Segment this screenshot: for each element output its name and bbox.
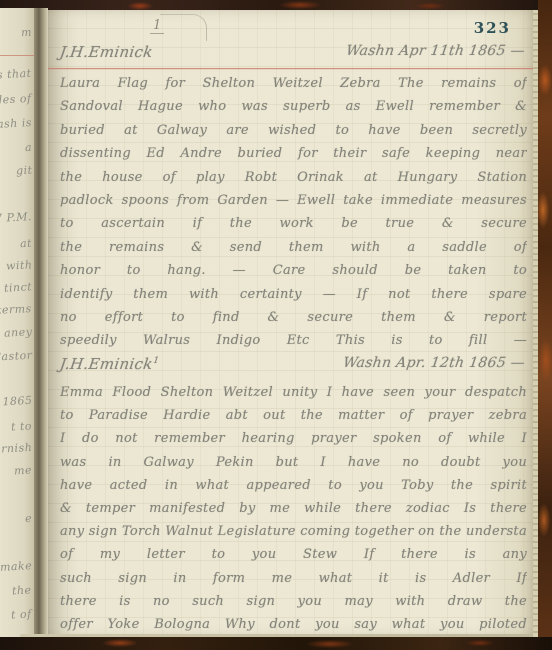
entry-line: honor to hang. — Care should be taken to bbox=[60, 259, 527, 282]
entry-line: to Paradise Hardie abt out the matter of… bbox=[60, 404, 527, 427]
margin-fragment: me bbox=[14, 464, 33, 478]
entry-line: to ascertain if the work be true & secur… bbox=[60, 212, 527, 235]
left-red-rule bbox=[0, 55, 34, 56]
entry-header: J.H.Eminick Washn Apr 11th 1865 — bbox=[60, 43, 525, 61]
margin-fragment: t to bbox=[11, 419, 33, 433]
margin-fragment: th 1865 bbox=[0, 394, 32, 409]
margin-fragment: the bbox=[12, 583, 32, 597]
margin-fragment: furnish bbox=[0, 441, 32, 456]
entry-line: buried at Galway are wished to have been… bbox=[60, 119, 527, 142]
margin-fragment: tinct bbox=[4, 280, 33, 294]
entry-dateline: Washn Apr 11th 1865 — bbox=[345, 43, 526, 61]
entry-line: the house of play Robt Orinak at Hungary… bbox=[60, 166, 527, 189]
margin-fragment: with bbox=[5, 258, 32, 272]
entry-line: I do not remember hearing prayer spoken … bbox=[60, 427, 527, 450]
journal-scan: m tes that odes of ash is a git 7 P.M. a… bbox=[0, 0, 552, 650]
entry-author-signature: J.H.Eminick bbox=[59, 43, 154, 61]
margin-fragment: tes that bbox=[0, 67, 32, 82]
entry-line: the remains & send them with a saddle of bbox=[60, 236, 527, 259]
entry-line: dissenting Ed Andre buried for their saf… bbox=[60, 142, 527, 165]
entry-header: J.H.Eminick1 Washn Apr. 12th 1865 — bbox=[60, 355, 525, 373]
margin-fragment: make bbox=[0, 559, 32, 574]
entry-line: Sandoval Hague who was superb as Ewell r… bbox=[60, 95, 527, 118]
margin-fragment: 7 P.M. bbox=[0, 210, 32, 225]
entry-line: padlock spoons from Garden — Ewell take … bbox=[60, 189, 527, 212]
entry-dateline: Washn Apr. 12th 1865 — bbox=[342, 355, 526, 373]
page-number: 323 bbox=[474, 19, 511, 37]
entry-line: such sign in form me what it is Adler If bbox=[60, 567, 527, 590]
margin-fragment: at bbox=[20, 237, 33, 251]
margin-fragment: git bbox=[15, 164, 32, 178]
entry-line: identify them with certainty — If not th… bbox=[60, 283, 527, 306]
entry-body: Emma Flood Shelton Weitzel unity I have … bbox=[60, 381, 527, 636]
margin-fragment: d Castor bbox=[0, 349, 32, 365]
margin-fragment: odes of bbox=[0, 92, 32, 107]
entry-line: offer Yoke Bologna Why dont you say what… bbox=[60, 613, 527, 636]
margin-fragment: a bbox=[25, 141, 33, 154]
pencil-mark: 1 bbox=[150, 18, 164, 34]
journal-page: 323 1 J.H.Eminick Washn Apr 11th 1865 — … bbox=[48, 10, 533, 637]
entry-line: there is no such sign you may with draw … bbox=[60, 590, 527, 613]
entry-author-name: J.H.Eminick bbox=[59, 355, 154, 373]
margin-fragment: ash is bbox=[0, 116, 32, 131]
margin-fragment: e bbox=[25, 512, 33, 525]
entry-author-signature: J.H.Eminick1 bbox=[59, 355, 160, 373]
entry-line: of my letter to you Stew If there is any bbox=[60, 543, 527, 566]
entry-line: Emma Flood Shelton Weitzel unity I have … bbox=[60, 381, 527, 404]
margin-fragment: m bbox=[21, 26, 33, 40]
entry-line: Laura Flag for Shelton Weitzel Zebra The… bbox=[60, 72, 527, 95]
pencil-curve-mark bbox=[160, 14, 207, 41]
red-rule bbox=[48, 68, 533, 69]
entry-body: Laura Flag for Shelton Weitzel Zebra The… bbox=[60, 72, 527, 353]
entry-line: any sign Torch Walnut Legislature coming… bbox=[60, 520, 527, 543]
margin-fragment: terms bbox=[0, 302, 32, 317]
entry-line: & temper manifested by me while there zo… bbox=[60, 497, 527, 520]
entry-author-mark: 1 bbox=[152, 356, 159, 366]
entry-line: speedily Walrus Indigo Etc This is to fi… bbox=[60, 329, 527, 352]
previous-page-edge: m tes that odes of ash is a git 7 P.M. a… bbox=[0, 8, 34, 640]
entry-line: have acted in what appeared to you Toby … bbox=[60, 474, 527, 497]
entry-line: was in Galway Pekin but I have no doubt … bbox=[60, 451, 527, 474]
entry-line: no effort to find & secure them & report bbox=[60, 306, 527, 329]
leather-binding bbox=[538, 0, 552, 650]
gutter-shadow bbox=[34, 8, 48, 640]
margin-fragment: aney bbox=[3, 325, 32, 339]
bottom-binding-edge bbox=[0, 637, 552, 650]
margin-fragment: t of bbox=[11, 607, 32, 621]
